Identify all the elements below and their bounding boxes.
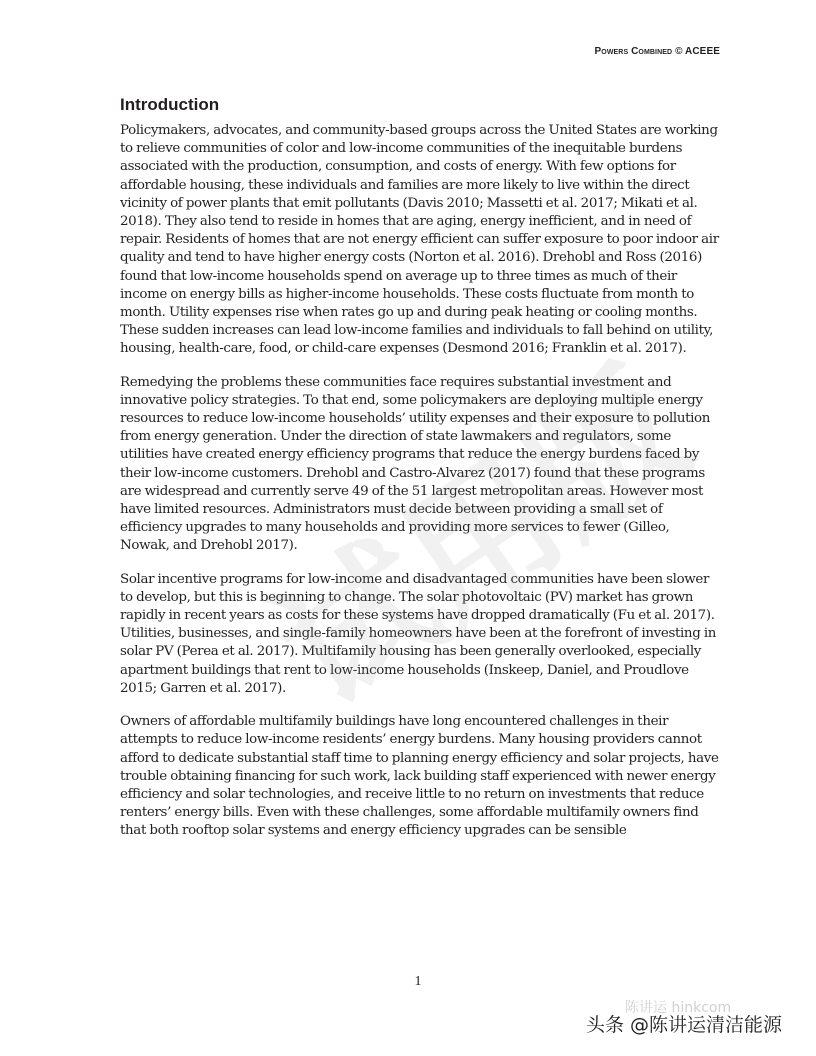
page-content: Introduction Policymakers, advocates, an… xyxy=(120,94,720,856)
paragraph-4: Owners of affordable multifamily buildin… xyxy=(120,713,720,840)
running-header: Powers Combined © ACEEE xyxy=(595,46,720,57)
document-page: Powers Combined © ACEEE Introduction Pol… xyxy=(0,0,816,1056)
page-number: 1 xyxy=(0,974,816,990)
paragraph-3: Solar incentive programs for low-income … xyxy=(120,571,720,698)
paragraph-1: Policymakers, advocates, and community-b… xyxy=(120,122,720,359)
section-title: Introduction xyxy=(120,94,720,116)
source-credit-watermark: 头条 @陈讲运清洁能源 xyxy=(586,1010,782,1037)
paragraph-2: Remedying the problems these communities… xyxy=(120,374,720,556)
